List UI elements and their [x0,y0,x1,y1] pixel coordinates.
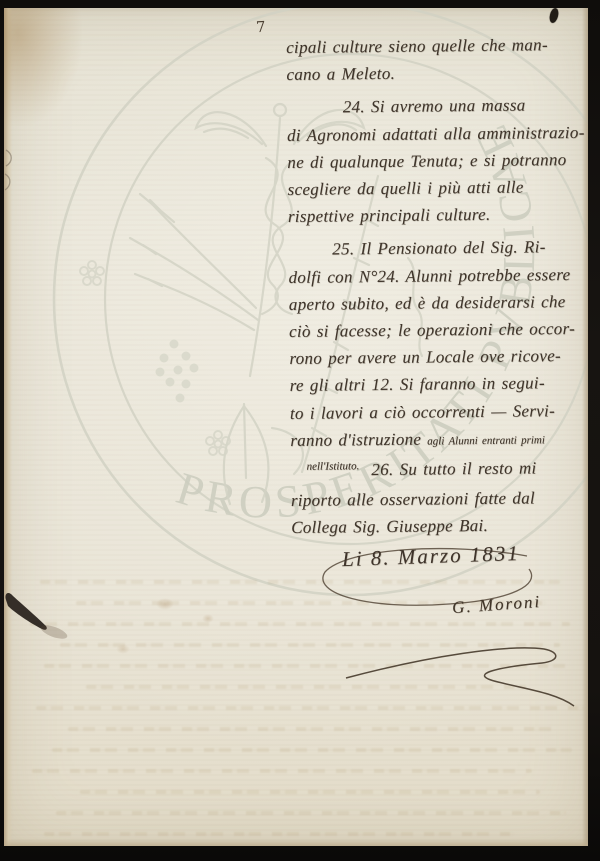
manuscript-line: ciò si facesse; le operazioni che occor- [289,315,588,345]
manuscript-line: scegliere da quelli i più atti alle [287,173,588,203]
showthrough-line [52,748,572,752]
manuscript-line: to i lavori a ciò occorrenti — Servi- [290,396,588,426]
watermark-rosettes [80,261,230,455]
showthrough-line [68,727,558,731]
signature-flourish [334,632,586,710]
manuscript-line: 24. Si avremo una massa [343,91,588,121]
showthrough-line [56,811,566,815]
pencil-curl-marks [4,148,18,204]
page-number: 7 [256,20,266,35]
manuscript-line: aperto subito, ed è da desiderarsi che [289,288,588,318]
manuscript-line: ranno d'istruzioneagli Alunni entranti p… [290,424,588,457]
showthrough-line [44,832,514,836]
corner-stain [4,8,82,126]
ink-smudge-left-edge [4,588,84,658]
manuscript-line: rispettive principali culture. [288,200,588,230]
manuscript-line: cano a Meleto. [286,58,588,88]
paper-left-edge [4,8,12,846]
manuscript-line: rono per avere un Locale ove ricove- [289,342,588,372]
manuscript-line: nell'Istituto.26. Su tutto il resto mi [306,454,588,487]
watermark-grape-cluster [156,340,199,403]
manuscript-line: di Agronomi adattati alla amministrazio- [287,118,588,148]
showthrough-line [80,790,540,794]
manuscript-line: riporto alle osservazioni fatte dal [291,484,588,514]
manuscript-line: 25. Il Pensionato del Sig. Ri- [332,233,588,263]
manuscript-line: ne di qualunque Tenuta; e si potranno [287,146,588,176]
manuscript-line: cipali culture sieno quelle che man- [286,31,588,61]
photograph-background: PROSPERITATI PVBLICAE [0,0,600,861]
showthrough-line [30,622,570,626]
manuscript-line: re gli altri 12. Si faranno in segui- [290,369,588,399]
showthrough-line [32,769,532,773]
manuscript-page: PROSPERITATI PVBLICAE [4,8,588,846]
manuscript-text-block: cipali culture sieno quelle che man-cano… [286,31,588,542]
manuscript-line: dolfi con N°24. Alunni potrebbe essere [288,260,588,290]
